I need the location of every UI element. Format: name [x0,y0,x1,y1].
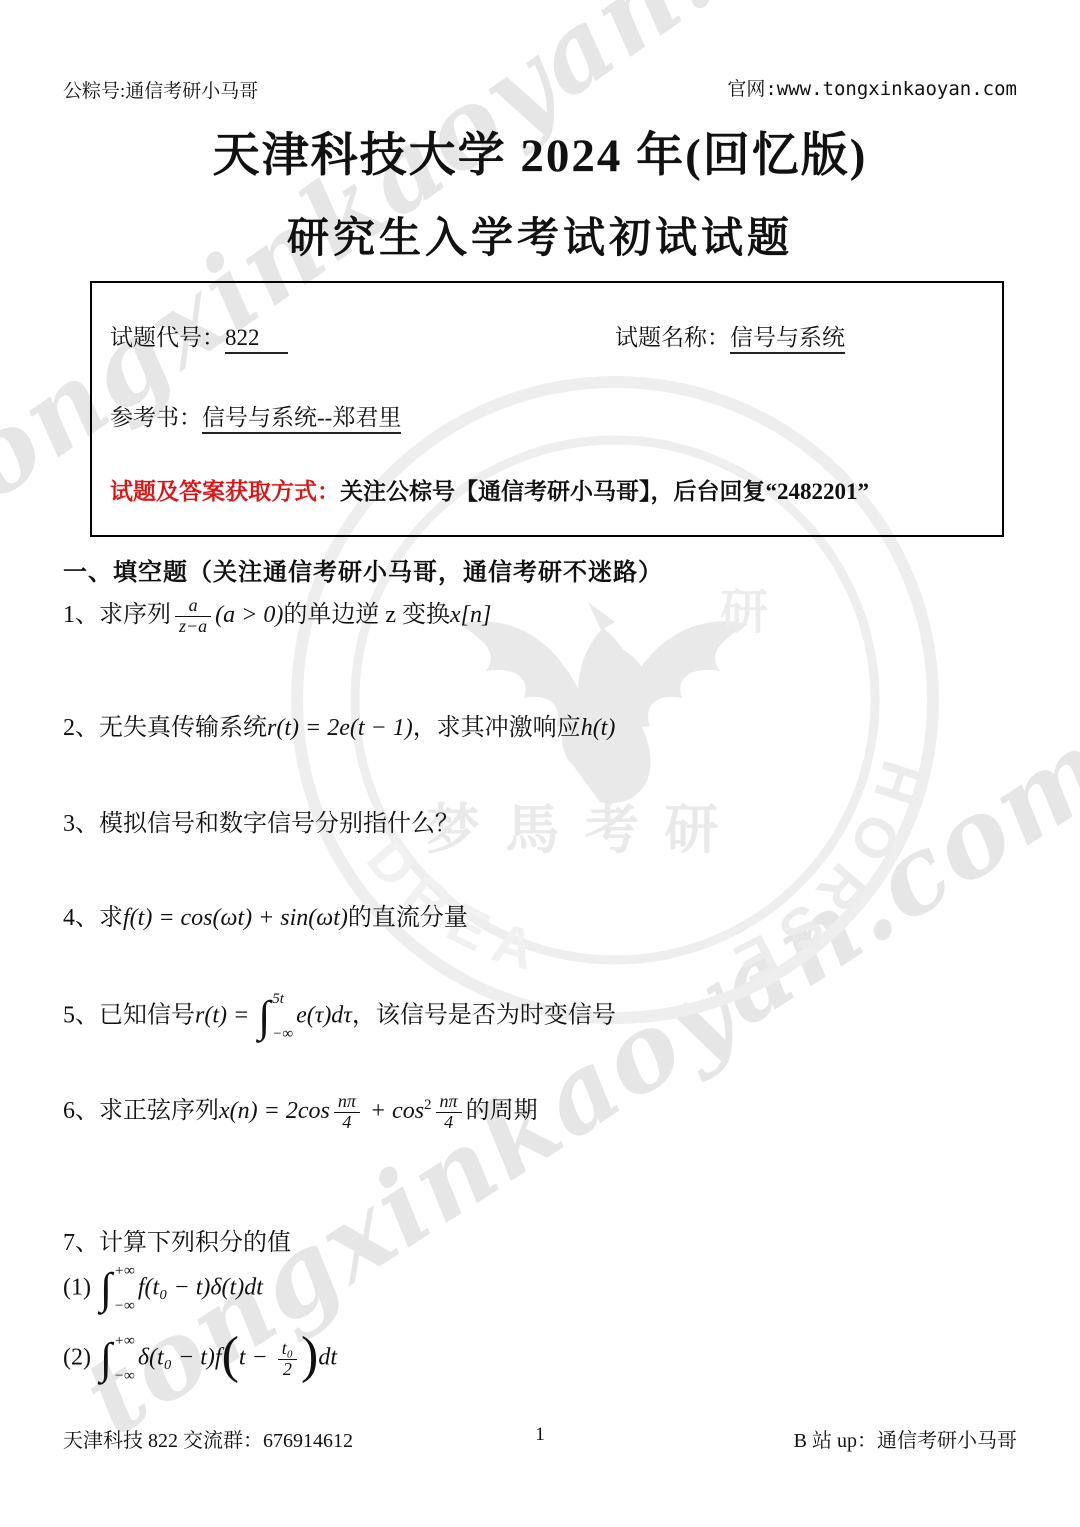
integral-lower-limit: −∞ [114,1369,135,1384]
roman-run: (2) [63,1345,97,1371]
math-run: + cos [364,1098,424,1124]
math-run: δ(t₀ − t)f [138,1345,222,1371]
fraction: nπ4 [436,1092,462,1133]
question-7-part-1: (1) ∫+∞−∞f(t₀ − t)δ(t)dt [63,1262,263,1316]
text-run: 1、求序列 [63,602,171,628]
page-title: 天津科技大学 2024 年(回忆版) [0,118,1080,185]
footer-bilibili-info: B 站 up：通信考研小马哥 [794,1424,1017,1453]
section-title: 一、填空题（关注通信考研小马哥，通信考研不迷路） [63,552,663,587]
exam-info-box: 试题代号：822 试题名称：信号与系统 参考书：信号与系统--郑君里 试题及答案… [90,281,1004,537]
integral-sign: ∫ [100,1337,112,1381]
question-6: 6、求正弦序列x(n) = 2cosnπ4 + cos2nπ4的周期 [63,1090,538,1133]
question-7: 7、计算下列积分的值 [63,1222,291,1257]
header-left-account: 公粽号:通信考研小马哥 [63,76,258,103]
integral-upper-limit: +∞ [114,1264,135,1279]
fraction-numerator: t₀ [278,1339,297,1360]
math-run: r(t) = 2e(t − 1) [267,715,413,741]
fraction: nπ4 [334,1092,360,1133]
integral-limits: +∞−∞ [114,1332,135,1386]
integral-sign: ∫ [100,1267,112,1311]
text-run: 2、无失真传输系统 [63,715,267,741]
integral: ∫5t−∞ [258,990,293,1044]
integral: ∫+∞−∞ [100,1262,135,1316]
text-run: 的周期 [466,1098,538,1124]
math-run: t − [239,1345,274,1371]
fraction: az−a [175,596,211,637]
info-row-reference: 参考书：信号与系统--郑君里 [110,399,401,432]
integral-lower-limit: −∞ [114,1299,135,1314]
reference-book-label: 参考书： [110,405,202,430]
text-run: 7、计算下列积分的值 [63,1230,291,1256]
exam-name-label: 试题名称： [615,325,730,350]
math-run: h(t) [581,715,616,741]
integral: ∫+∞−∞ [100,1332,135,1386]
integral-limits: 5t−∞ [272,990,293,1044]
text-run: ，求其冲激响应 [413,715,581,741]
fraction-denominator: 4 [334,1113,360,1133]
superscript: 2 [424,1097,432,1113]
integral-sign: ∫ [258,995,270,1039]
fraction-denominator: z−a [175,617,211,637]
text-run: 4、求 [63,905,123,931]
page-subtitle: 研究生入学考试初试试题 [0,205,1080,265]
reference-book-value: 信号与系统--郑君里 [202,405,401,434]
question-1: 1、求序列az−a(a > 0)的单边逆 z 变换x[n] [63,594,491,637]
question-4: 4、求f(t) = cos(ωt) + sin(ωt)的直流分量 [63,897,468,932]
roman-run: (1) [63,1275,97,1301]
text-run: 6、求正弦序列 [63,1098,219,1124]
math-run: dt [318,1345,337,1371]
info-row-answer-access: 试题及答案获取方式：关注公棕号【通信考研小马哥】，后台回复“2482201” [110,473,869,506]
integral-upper-limit: +∞ [114,1334,135,1349]
exam-page: 公粽号:通信考研小马哥 官网:www.tongxinkaoyan.com 天津科… [0,0,1080,1527]
exam-name-value: 信号与系统 [730,325,845,354]
answer-access-text: 关注公棕号【通信考研小马哥】，后台回复“2482201” [340,479,869,504]
fraction-numerator: a [175,596,211,617]
fraction-denominator: 2 [278,1360,297,1380]
info-row-code-name: 试题代号：822 试题名称：信号与系统 [110,319,288,352]
exam-code-value: 822 [225,325,288,354]
question-7-part-2: (2) ∫+∞−∞δ(t₀ − t)f(t − t₀2)dt [63,1332,337,1386]
math-run: f(t) = cos(ωt) + sin(ωt) [123,905,348,931]
fraction: t₀2 [278,1339,297,1380]
math-run: x(n) = 2cos [219,1098,330,1124]
exam-code-label: 试题代号： [110,325,225,350]
text-run: 5、已知信号 [63,1003,195,1029]
fraction-numerator: nπ [334,1092,360,1113]
answer-access-label: 试题及答案获取方式： [110,479,340,504]
question-2: 2、无失真传输系统r(t) = 2e(t − 1)，求其冲激响应h(t) [63,707,615,742]
integral-lower-limit: −∞ [272,1027,293,1042]
math-run: x[n] [450,602,491,628]
math-run: (a > 0) [215,602,283,628]
question-3: 3、模拟信号和数字信号分别指什么？ [63,803,459,838]
question-5: 5、已知信号r(t) = ∫5t−∞e(τ)dτ，该信号是否为时变信号 [63,990,616,1044]
fraction-numerator: nπ [436,1092,462,1113]
text-run: 的单边逆 z 变换 [283,602,450,628]
text-run: 的直流分量 [348,905,468,931]
math-run: f(t₀ − t)δ(t)dt [138,1275,263,1301]
integral-upper-limit: 5t [272,992,293,1007]
header-right-website: 官网:www.tongxinkaoyan.com [727,74,1017,101]
text-run: ，该信号是否为时变信号 [352,1003,616,1029]
text-run: 3、模拟信号和数字信号分别指什么？ [63,811,459,837]
math-run: r(t) = [195,1003,255,1029]
fraction-denominator: 4 [436,1113,462,1133]
math-run: e(τ)dτ [296,1003,352,1029]
integral-limits: +∞−∞ [114,1262,135,1316]
